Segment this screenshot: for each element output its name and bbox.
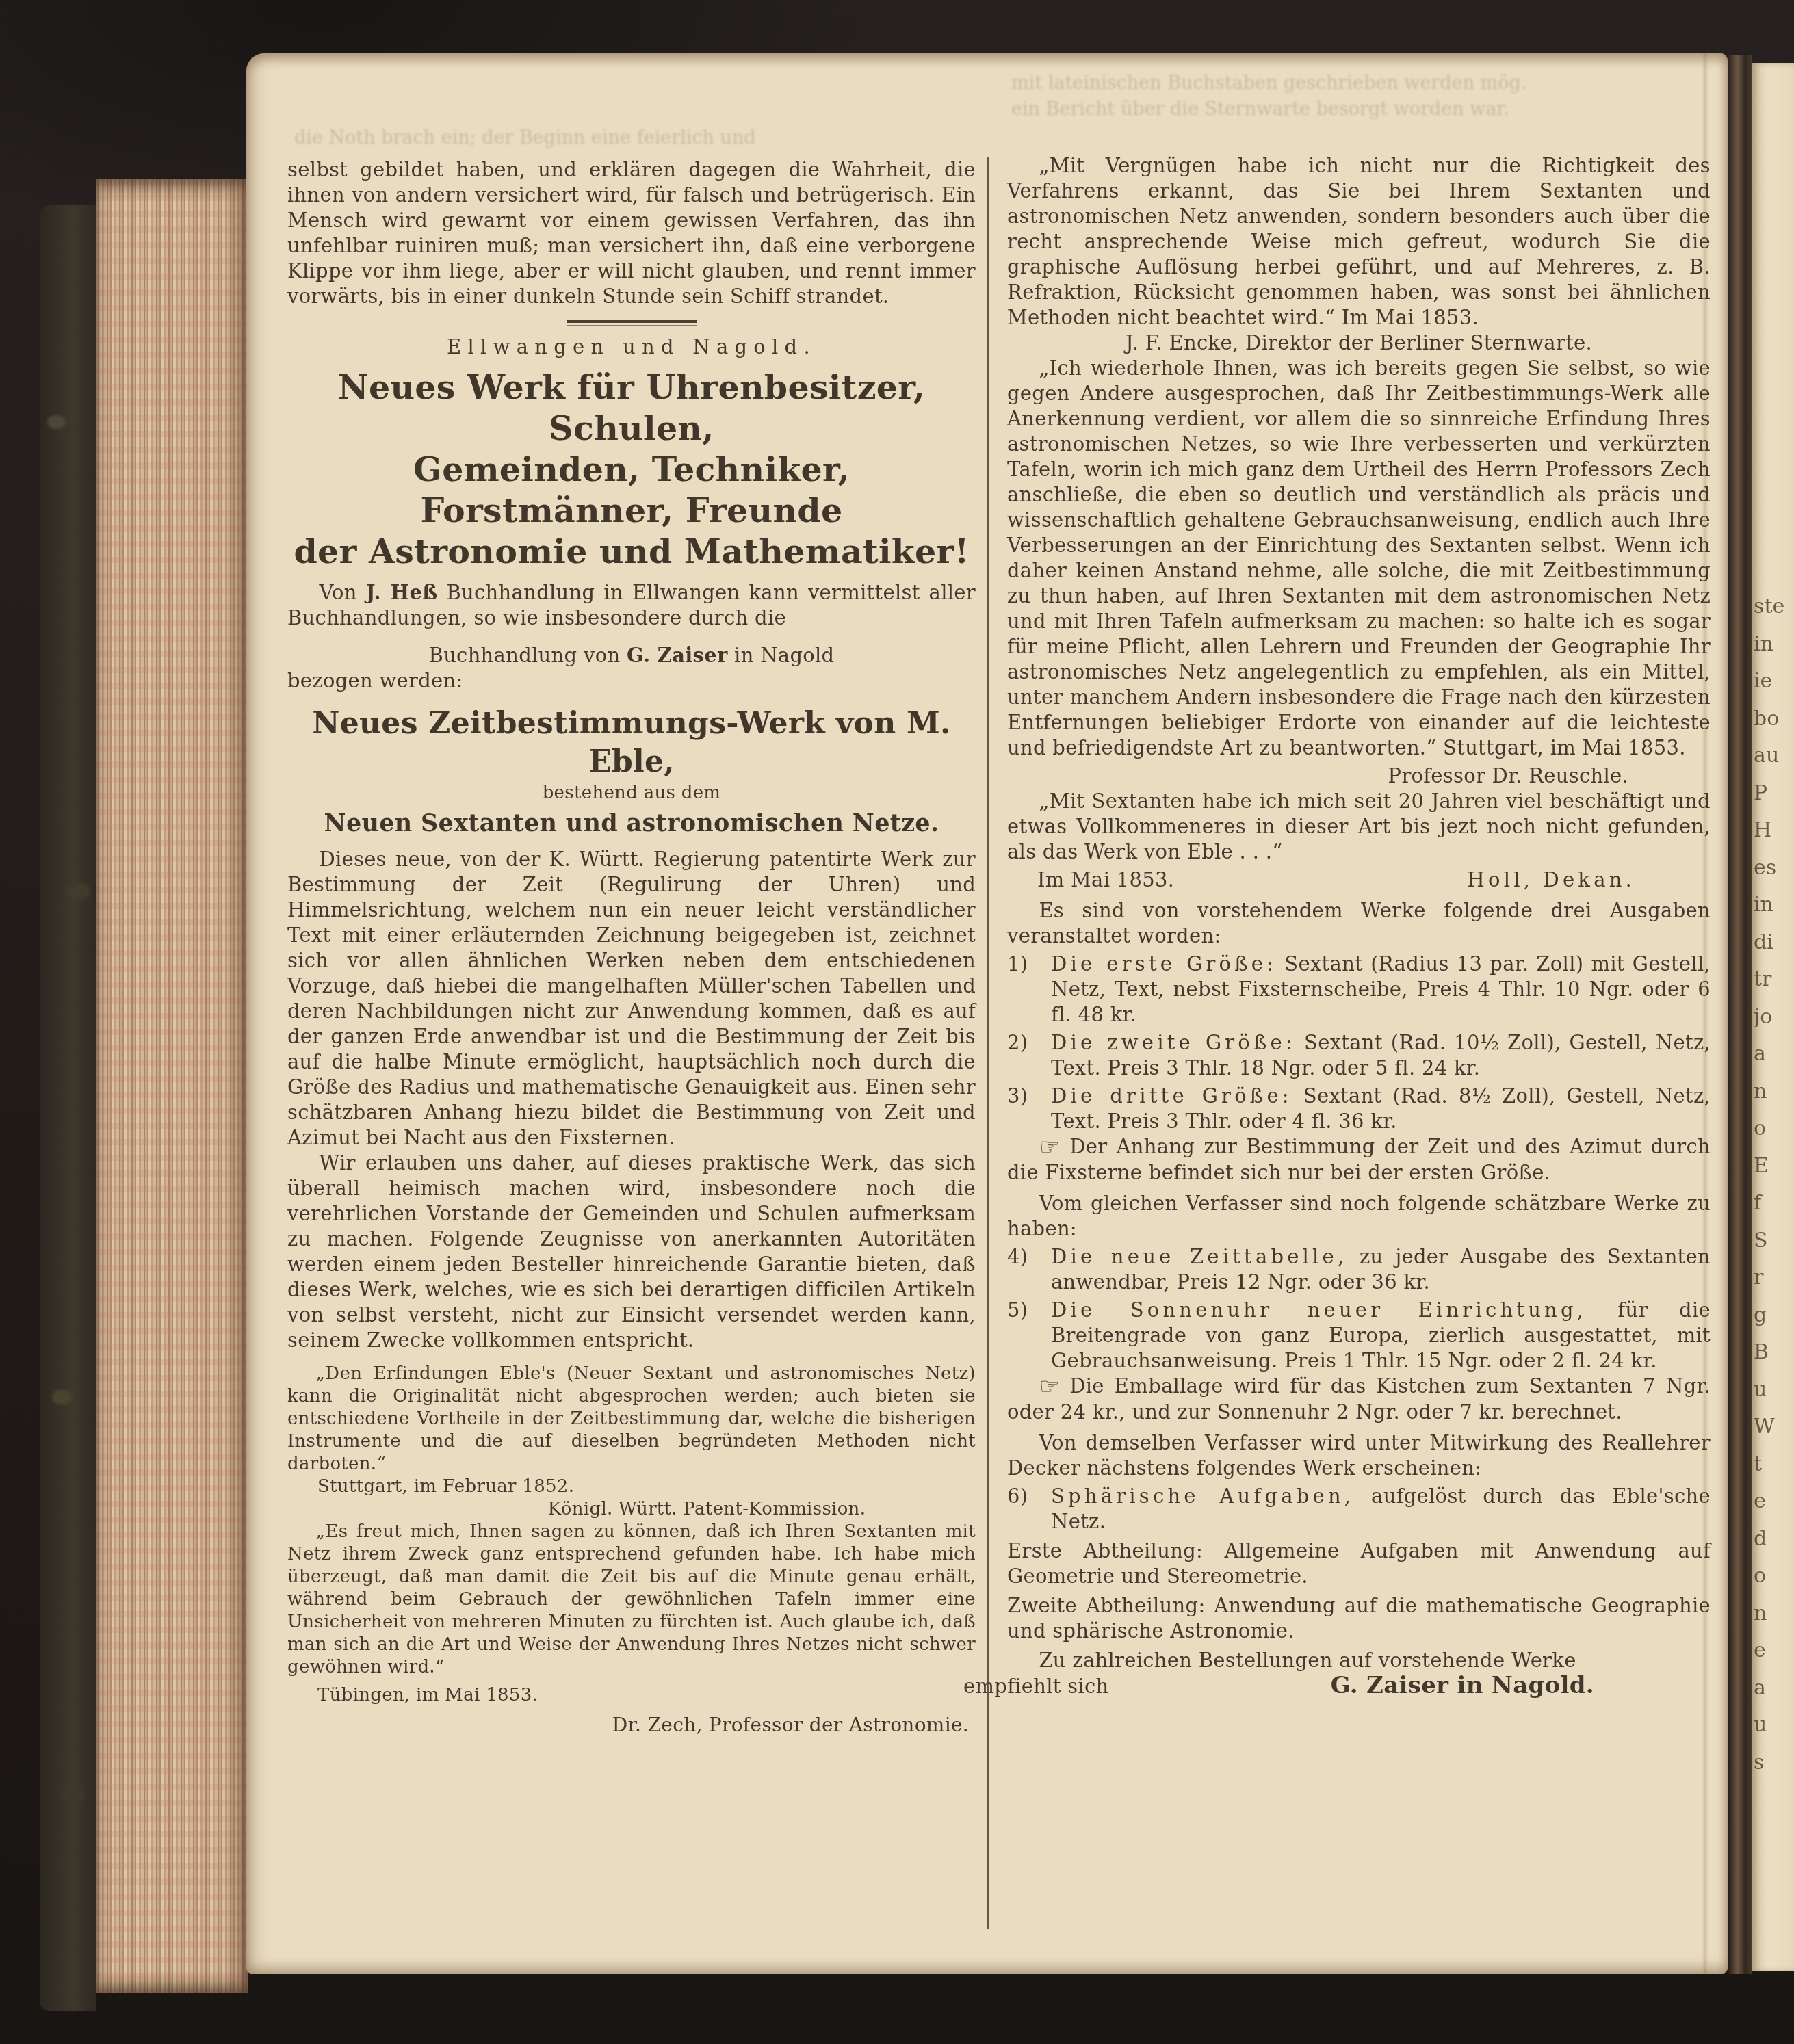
closing-line: Zu zahlreichen Bestellungen auf vorstehe… (1007, 1648, 1711, 1673)
encke-testimonial-1: „Mit Vergnügen habe ich nicht nur die Ri… (1007, 153, 1711, 330)
holl-signature: Holl, Dekan. (1467, 867, 1711, 893)
edition-2-text: Die zweite Größe: Sextant (Rad. 10½ Zoll… (1051, 1030, 1711, 1081)
zech-date: Tübingen, im Mai 1853. (287, 1684, 976, 1707)
pointing-hand-icon: ☞ (1039, 1373, 1069, 1400)
holl-date: Im Mai 1853. (1007, 867, 1174, 893)
zech-testimonial: „Es freut mich, Ihnen sagen zu können, d… (287, 1521, 976, 1679)
emballage-note: ☞Die Emballage wird für das Kistchen zum… (1007, 1374, 1711, 1425)
same-author-intro: Vom gleichen Verfasser sind noch folgend… (1007, 1191, 1711, 1242)
appeal-paragraph: Wir erlauben uns daher, auf dieses prakt… (287, 1151, 976, 1353)
abtheilung-1: Erste Abtheilung: Allgemeine Aufgaben mi… (1007, 1538, 1711, 1589)
edition-1-number: 1) (1007, 952, 1051, 1027)
pointing-hand-icon: ☞ (1039, 1134, 1069, 1161)
page-stack-fore-edge (96, 179, 248, 1993)
work-4-text: Die neue Zeittabelle, zu jeder Ausgabe d… (1051, 1244, 1711, 1295)
publisher-pre: Von (319, 581, 365, 604)
work-5-lead: Die Sonnenuhr neuer Einrichtung, (1051, 1298, 1587, 1322)
bookstore-line: Buchhandlung von G. Zaiser in Nagold (287, 643, 976, 668)
work-item-4: 4) Die neue Zeittabelle, zu jeder Ausgab… (1007, 1244, 1711, 1295)
encke-testimonial-2: „Ich wiederhole Ihnen, was ich bereits g… (1007, 356, 1711, 761)
bookstore-pre: Buchhandlung von (429, 644, 627, 667)
adjacent-page-edge: ste in ie bo au P H es in di tr jo a n o… (1752, 63, 1794, 1971)
adjacent-page-text-fragments: ste in ie bo au P H es in di tr jo a n o… (1754, 588, 1789, 1813)
work-item-6: 6) Sphärische Aufgaben, aufgelöst durch … (1007, 1484, 1711, 1534)
edition-3-lead: Die dritte Größe: (1051, 1084, 1292, 1108)
work-6-number: 6) (1007, 1484, 1051, 1534)
holl-signature-row: Im Mai 1853. Holl, Dekan. (1007, 867, 1711, 893)
book-scan: die Noth brach ein; der Beginn eine feie… (0, 0, 1794, 2044)
advert-title-line3: der Astronomie und Mathematiker! (294, 532, 970, 571)
patent-date: Stuttgart, im Februar 1852. (287, 1476, 976, 1498)
publisher-name: J. Heß (366, 581, 438, 604)
edition-item-1: 1) Die erste Größe: Sextant (Radius 13 p… (1007, 952, 1711, 1027)
page-gutter-crease (1728, 55, 1752, 1974)
bezogen-line: bezogen werden: (287, 668, 976, 694)
place-heading: Ellwangen und Nagold. (287, 335, 976, 360)
edition-2-lead: Die zweite Größe: (1051, 1031, 1296, 1054)
closing-left: empfiehlt sich (963, 1674, 1109, 1699)
edition-3-number: 3) (1007, 1084, 1051, 1134)
reuschle-signature: Professor Dr. Reuschle. (1007, 763, 1711, 789)
edition-item-2: 2) Die zweite Größe: Sextant (Rad. 10½ Z… (1007, 1030, 1711, 1081)
book-cover-edge (40, 205, 96, 2011)
column-divider-rule (987, 157, 989, 1929)
editions-intro: Es sind von vorstehendem Werke folgende … (1007, 898, 1711, 949)
work-item-5: 5) Die Sonnenuhr neuer Einrichtung, für … (1007, 1298, 1711, 1374)
patent-signature: Königl. Württ. Patent-Kommission. (287, 1498, 976, 1521)
intro-paragraph: selbst gebildet haben, und erklären dage… (287, 157, 976, 309)
work-title-2: Neuen Sextanten und astronomischen Netze… (287, 807, 976, 840)
advert-title-line2: Gemeinden, Techniker, Forstmänner, Freun… (413, 449, 850, 530)
work-6-lead: Sphärische Aufgaben, (1051, 1484, 1354, 1508)
left-column: selbst gebildet haben, und erklären dage… (287, 157, 976, 1736)
work-4-number: 4) (1007, 1244, 1051, 1295)
patent-testimonial: „Den Erfindungen Eble's (Neuer Sextant u… (287, 1363, 976, 1476)
showthrough-text: die Noth brach ein; der Beginn eine feie… (294, 127, 978, 148)
edition-3-text: Die dritte Größe: Sextant (Rad. 8½ Zoll)… (1051, 1084, 1711, 1134)
description-paragraph: Dieses neue, von der K. Württ. Regierung… (287, 847, 976, 1151)
publisher-paragraph: Von J. Heß Buchhandlung in Ellwangen kan… (287, 580, 976, 631)
emballage-note-text: Die Emballage wird für das Kistchen zum … (1007, 1374, 1711, 1424)
work-title: Neues Zeitbestimmungs-Werk von M. Eble, (287, 705, 976, 781)
left-page: die Noth brach ein; der Beginn eine feie… (246, 53, 1728, 1974)
advert-title: Neues Werk für Uhrenbesitzer, Schulen, G… (287, 367, 976, 572)
showthrough-text: ein Bericht über die Sternwarte besorgt … (1011, 99, 1702, 120)
encke-signature: J. F. Encke, Direktor der Berliner Stern… (1007, 330, 1711, 356)
edition-1-text: Die erste Größe: Sextant (Radius 13 par.… (1051, 952, 1711, 1027)
work-subtitle: bestehend aus dem (287, 781, 976, 804)
bookstore-name: G. Zaiser (627, 644, 728, 667)
closing-signature-row: empfiehlt sich G. Zaiser in Nagold. (1007, 1673, 1711, 1699)
abtheilung-2: Zweite Abtheilung: Anwendung auf die mat… (1007, 1593, 1711, 1644)
work-4-lead: Die neue Zeittabelle, (1051, 1245, 1347, 1268)
edition-2-number: 2) (1007, 1030, 1051, 1081)
forthcoming-intro: Von demselben Verfasser wird unter Mitwi… (1007, 1430, 1711, 1481)
section-divider-rule (567, 320, 697, 326)
showthrough-text: mit lateinischen Buchstaben geschrieben … (1011, 73, 1702, 94)
anhang-note-text: Der Anhang zur Bestimmung der Zeit und d… (1007, 1135, 1711, 1184)
advert-title-line1: Neues Werk für Uhrenbesitzer, Schulen, (338, 367, 925, 448)
closing-signature: G. Zaiser in Nagold. (1331, 1673, 1711, 1699)
holl-testimonial: „Mit Sextanten habe ich mich seit 20 Jah… (1007, 789, 1711, 865)
anhang-note: ☞Der Anhang zur Bestimmung der Zeit und … (1007, 1134, 1711, 1185)
work-6-text: Sphärische Aufgaben, aufgelöst durch das… (1051, 1484, 1711, 1534)
right-column: „Mit Vergnügen habe ich nicht nur die Ri… (1007, 153, 1711, 1699)
work-5-text: Die Sonnenuhr neuer Einrichtung, für die… (1051, 1298, 1711, 1374)
bookstore-post: in Nagold (728, 644, 835, 667)
zech-signature: Dr. Zech, Professor der Astronomie. (287, 1714, 976, 1736)
edition-item-3: 3) Die dritte Größe: Sextant (Rad. 8½ Zo… (1007, 1084, 1711, 1134)
abtheilung-1-lead: Erste Abtheilung: (1007, 1539, 1203, 1562)
abtheilung-2-lead: Zweite Abtheilung: (1007, 1594, 1205, 1617)
edition-1-lead: Die erste Größe: (1051, 952, 1277, 975)
work-5-number: 5) (1007, 1298, 1051, 1374)
